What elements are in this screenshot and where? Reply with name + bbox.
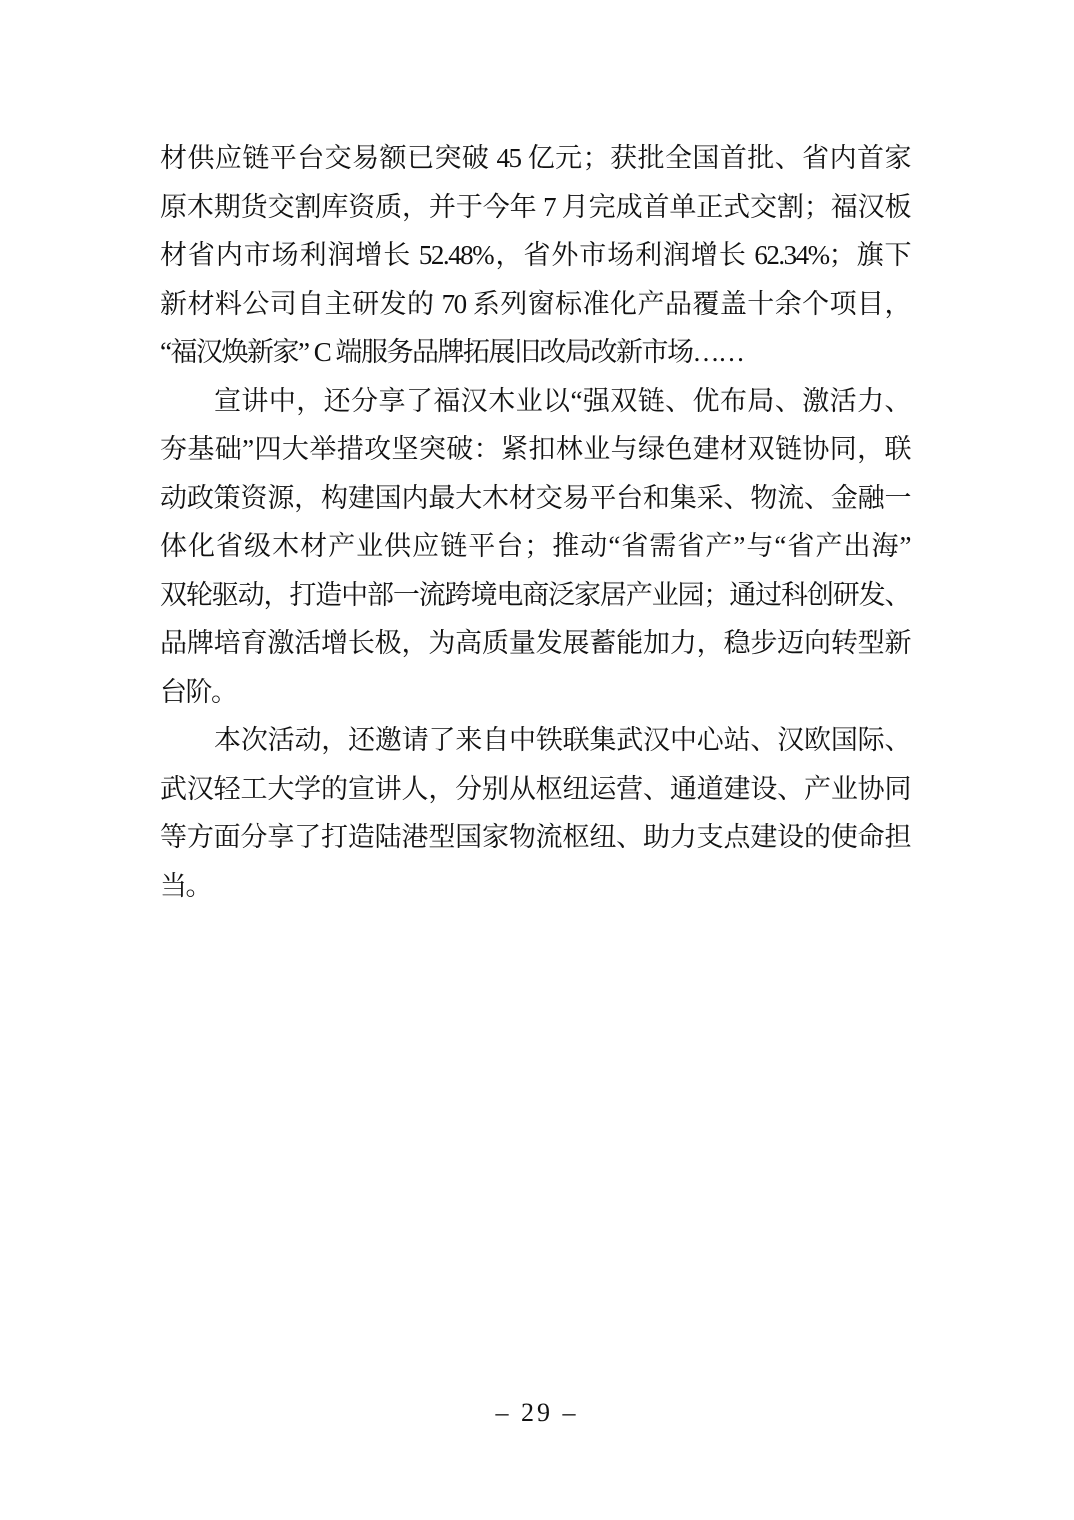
document-body: 材供应链平台交易额已突破 45 亿元；获批全国首批、省内首家 原木期货交割库资质… bbox=[160, 134, 910, 910]
page-number: – 29 – bbox=[496, 1398, 579, 1427]
text-line-3: 材省内市场利润增长 52.48%，省外市场利润增长 62.34%；旗下 bbox=[160, 231, 910, 280]
text-line-9: 体化省级木材产业供应链平台；推动“省需省产”与“省产出海” bbox=[160, 522, 910, 571]
text-line-10: 双轮驱动，打造中部一流跨境电商泛家居产业园；通过科创研发、 bbox=[160, 571, 910, 620]
text-line-15: 等方面分享了打造陆港型国家物流枢纽、助力支点建设的使命担 bbox=[160, 813, 910, 862]
page-footer: – 29 – bbox=[0, 1398, 1074, 1428]
text-line-11: 品牌培育激活增长极，为高质量发展蓄能加力，稳步迈向转型新 bbox=[160, 619, 910, 668]
text-line-13: 本次活动，还邀请了来自中铁联集武汉中心站、汉欧国际、 bbox=[160, 716, 910, 765]
text-line-4: 新材料公司自主研发的 70 系列窗标准化产品覆盖十余个项目， bbox=[160, 280, 910, 329]
text-line-12: 台阶。 bbox=[160, 668, 910, 717]
text-line-7: 夯基础”四大举措攻坚突破：紧扣林业与绿色建材双链协同，联 bbox=[160, 425, 910, 474]
text-line-8: 动政策资源，构建国内最大木材交易平台和集采、物流、金融一 bbox=[160, 474, 910, 523]
text-line-14: 武汉轻工大学的宣讲人，分别从枢纽运营、通道建设、产业协同 bbox=[160, 765, 910, 814]
text-line-2: 原木期货交割库资质，并于今年 7 月完成首单正式交割；福汉板 bbox=[160, 183, 910, 232]
text-line-5: “福汉焕新家” C 端服务品牌拓展旧改局改新市场…… bbox=[160, 328, 910, 377]
document-page: 材供应链平台交易额已突破 45 亿元；获批全国首批、省内首家 原木期货交割库资质… bbox=[0, 0, 1074, 1520]
text-line-1: 材供应链平台交易额已突破 45 亿元；获批全国首批、省内首家 bbox=[160, 134, 910, 183]
text-line-6: 宣讲中，还分享了福汉木业以“强双链、优布局、激活力、 bbox=[160, 377, 910, 426]
text-line-16: 当。 bbox=[160, 862, 910, 911]
